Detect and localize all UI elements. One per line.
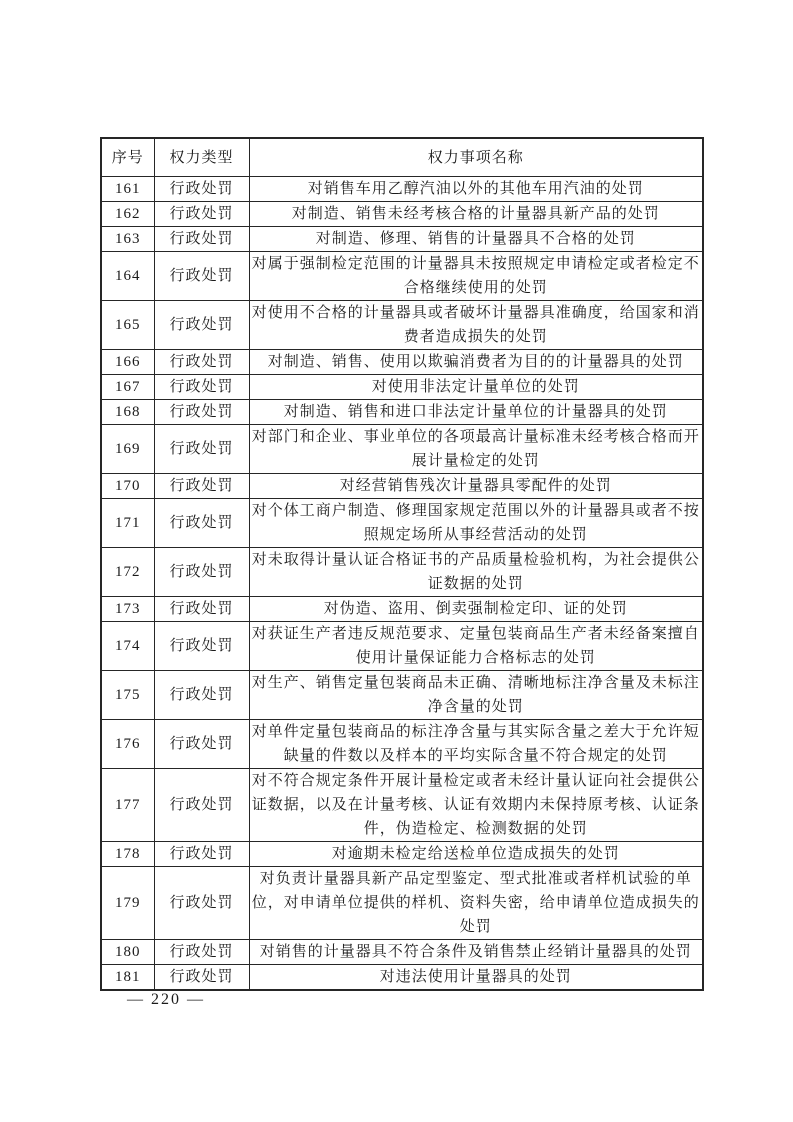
power-item-name-cell: 对制造、销售未经考核合格的计量器具新产品的处罚: [249, 202, 703, 227]
table-row: 177行政处罚对不符合规定条件开展计量检定或者未经计量认证向社会提供公证数据，以…: [101, 769, 703, 842]
serial-number-cell: 179: [101, 867, 154, 940]
table-row: 178行政处罚对逾期未检定给送检单位造成损失的处罚: [101, 842, 703, 867]
power-item-name-cell: 对获证生产者违反规范要求、定量包装商品生产者未经备案擅自使用计量保证能力合格标志…: [249, 622, 703, 671]
power-type-cell: 行政处罚: [154, 202, 249, 227]
page-number: — 220 —: [127, 991, 205, 1009]
table-row: 165行政处罚对使用不合格的计量器具或者破坏计量器具准确度，给国家和消费者造成损…: [101, 301, 703, 350]
power-item-name-cell: 对生产、销售定量包装商品未正确、清晰地标注净含量及未标注净含量的处罚: [249, 671, 703, 720]
serial-number-cell: 173: [101, 597, 154, 622]
power-item-name-cell: 对逾期未检定给送检单位造成损失的处罚: [249, 842, 703, 867]
serial-number-cell: 171: [101, 499, 154, 548]
power-item-name-cell: 对销售的计量器具不符合条件及销售禁止经销计量器具的处罚: [249, 940, 703, 965]
serial-number-cell: 165: [101, 301, 154, 350]
power-item-name-cell: 对不符合规定条件开展计量检定或者未经计量认证向社会提供公证数据，以及在计量考核、…: [249, 769, 703, 842]
power-type-cell: 行政处罚: [154, 177, 249, 202]
serial-number-cell: 180: [101, 940, 154, 965]
power-type-cell: 行政处罚: [154, 227, 249, 252]
table-row: 171行政处罚对个体工商户制造、修理国家规定范围以外的计量器具或者不按照规定场所…: [101, 499, 703, 548]
power-type-cell: 行政处罚: [154, 671, 249, 720]
power-item-name-cell: 对经营销售残次计量器具零配件的处罚: [249, 474, 703, 499]
header-power-type: 权力类型: [154, 138, 249, 177]
document-page: 序号 权力类型 权力事项名称 161行政处罚对销售车用乙醇汽油以外的其他车用汽油…: [0, 0, 793, 1122]
power-type-cell: 行政处罚: [154, 867, 249, 940]
power-type-cell: 行政处罚: [154, 720, 249, 769]
power-type-cell: 行政处罚: [154, 375, 249, 400]
serial-number-cell: 166: [101, 350, 154, 375]
table-row: 173行政处罚对伪造、盗用、倒卖强制检定印、证的处罚: [101, 597, 703, 622]
serial-number-cell: 164: [101, 252, 154, 301]
power-item-name-cell: 对伪造、盗用、倒卖强制检定印、证的处罚: [249, 597, 703, 622]
serial-number-cell: 174: [101, 622, 154, 671]
power-item-name-cell: 对个体工商户制造、修理国家规定范围以外的计量器具或者不按照规定场所从事经营活动的…: [249, 499, 703, 548]
table-row: 172行政处罚对未取得计量认证合格证书的产品质量检验机构，为社会提供公证数据的处…: [101, 548, 703, 597]
table-row: 164行政处罚对属于强制检定范围的计量器具未按照规定申请检定或者检定不合格继续使…: [101, 252, 703, 301]
serial-number-cell: 167: [101, 375, 154, 400]
power-type-cell: 行政处罚: [154, 301, 249, 350]
serial-number-cell: 168: [101, 400, 154, 425]
power-type-cell: 行政处罚: [154, 940, 249, 965]
table-row: 181行政处罚对违法使用计量器具的处罚: [101, 965, 703, 991]
power-item-name-cell: 对未取得计量认证合格证书的产品质量检验机构，为社会提供公证数据的处罚: [249, 548, 703, 597]
table-row: 176行政处罚对单件定量包装商品的标注净含量与其实际含量之差大于允许短缺量的件数…: [101, 720, 703, 769]
power-type-cell: 行政处罚: [154, 474, 249, 499]
power-items-table: 序号 权力类型 权力事项名称 161行政处罚对销售车用乙醇汽油以外的其他车用汽油…: [100, 137, 704, 991]
table-row: 169行政处罚对部门和企业、事业单位的各项最高计量标准未经考核合格而开展计量检定…: [101, 425, 703, 474]
power-item-name-cell: 对属于强制检定范围的计量器具未按照规定申请检定或者检定不合格继续使用的处罚: [249, 252, 703, 301]
power-type-cell: 行政处罚: [154, 842, 249, 867]
table-header-row: 序号 权力类型 权力事项名称: [101, 138, 703, 177]
power-item-name-cell: 对部门和企业、事业单位的各项最高计量标准未经考核合格而开展计量检定的处罚: [249, 425, 703, 474]
table-row: 167行政处罚对使用非法定计量单位的处罚: [101, 375, 703, 400]
serial-number-cell: 163: [101, 227, 154, 252]
table-row: 180行政处罚对销售的计量器具不符合条件及销售禁止经销计量器具的处罚: [101, 940, 703, 965]
header-power-item-name: 权力事项名称: [249, 138, 703, 177]
header-serial-number: 序号: [101, 138, 154, 177]
power-item-name-cell: 对制造、销售、使用以欺骗消费者为目的的计量器具的处罚: [249, 350, 703, 375]
serial-number-cell: 170: [101, 474, 154, 499]
power-type-cell: 行政处罚: [154, 350, 249, 375]
serial-number-cell: 172: [101, 548, 154, 597]
serial-number-cell: 176: [101, 720, 154, 769]
table-row: 166行政处罚对制造、销售、使用以欺骗消费者为目的的计量器具的处罚: [101, 350, 703, 375]
power-type-cell: 行政处罚: [154, 548, 249, 597]
table-row: 163行政处罚对制造、修理、销售的计量器具不合格的处罚: [101, 227, 703, 252]
serial-number-cell: 178: [101, 842, 154, 867]
power-item-name-cell: 对使用不合格的计量器具或者破坏计量器具准确度，给国家和消费者造成损失的处罚: [249, 301, 703, 350]
power-item-name-cell: 对销售车用乙醇汽油以外的其他车用汽油的处罚: [249, 177, 703, 202]
power-item-name-cell: 对负责计量器具新产品定型鉴定、型式批准或者样机试验的单位，对申请单位提供的样机、…: [249, 867, 703, 940]
power-type-cell: 行政处罚: [154, 499, 249, 548]
power-item-name-cell: 对单件定量包装商品的标注净含量与其实际含量之差大于允许短缺量的件数以及样本的平均…: [249, 720, 703, 769]
power-item-name-cell: 对制造、修理、销售的计量器具不合格的处罚: [249, 227, 703, 252]
serial-number-cell: 162: [101, 202, 154, 227]
serial-number-cell: 181: [101, 965, 154, 991]
table-row: 162行政处罚对制造、销售未经考核合格的计量器具新产品的处罚: [101, 202, 703, 227]
table-row: 179行政处罚对负责计量器具新产品定型鉴定、型式批准或者样机试验的单位，对申请单…: [101, 867, 703, 940]
table-row: 170行政处罚对经营销售残次计量器具零配件的处罚: [101, 474, 703, 499]
table-row: 175行政处罚对生产、销售定量包装商品未正确、清晰地标注净含量及未标注净含量的处…: [101, 671, 703, 720]
power-item-name-cell: 对违法使用计量器具的处罚: [249, 965, 703, 991]
power-type-cell: 行政处罚: [154, 425, 249, 474]
table-row: 168行政处罚对制造、销售和进口非法定计量单位的计量器具的处罚: [101, 400, 703, 425]
serial-number-cell: 175: [101, 671, 154, 720]
power-type-cell: 行政处罚: [154, 965, 249, 991]
table-row: 161行政处罚对销售车用乙醇汽油以外的其他车用汽油的处罚: [101, 177, 703, 202]
power-type-cell: 行政处罚: [154, 769, 249, 842]
serial-number-cell: 169: [101, 425, 154, 474]
serial-number-cell: 161: [101, 177, 154, 202]
power-item-name-cell: 对使用非法定计量单位的处罚: [249, 375, 703, 400]
power-type-cell: 行政处罚: [154, 252, 249, 301]
table-body: 161行政处罚对销售车用乙醇汽油以外的其他车用汽油的处罚162行政处罚对制造、销…: [101, 177, 703, 991]
power-item-name-cell: 对制造、销售和进口非法定计量单位的计量器具的处罚: [249, 400, 703, 425]
table-row: 174行政处罚对获证生产者违反规范要求、定量包装商品生产者未经备案擅自使用计量保…: [101, 622, 703, 671]
power-type-cell: 行政处罚: [154, 597, 249, 622]
power-type-cell: 行政处罚: [154, 400, 249, 425]
power-type-cell: 行政处罚: [154, 622, 249, 671]
serial-number-cell: 177: [101, 769, 154, 842]
